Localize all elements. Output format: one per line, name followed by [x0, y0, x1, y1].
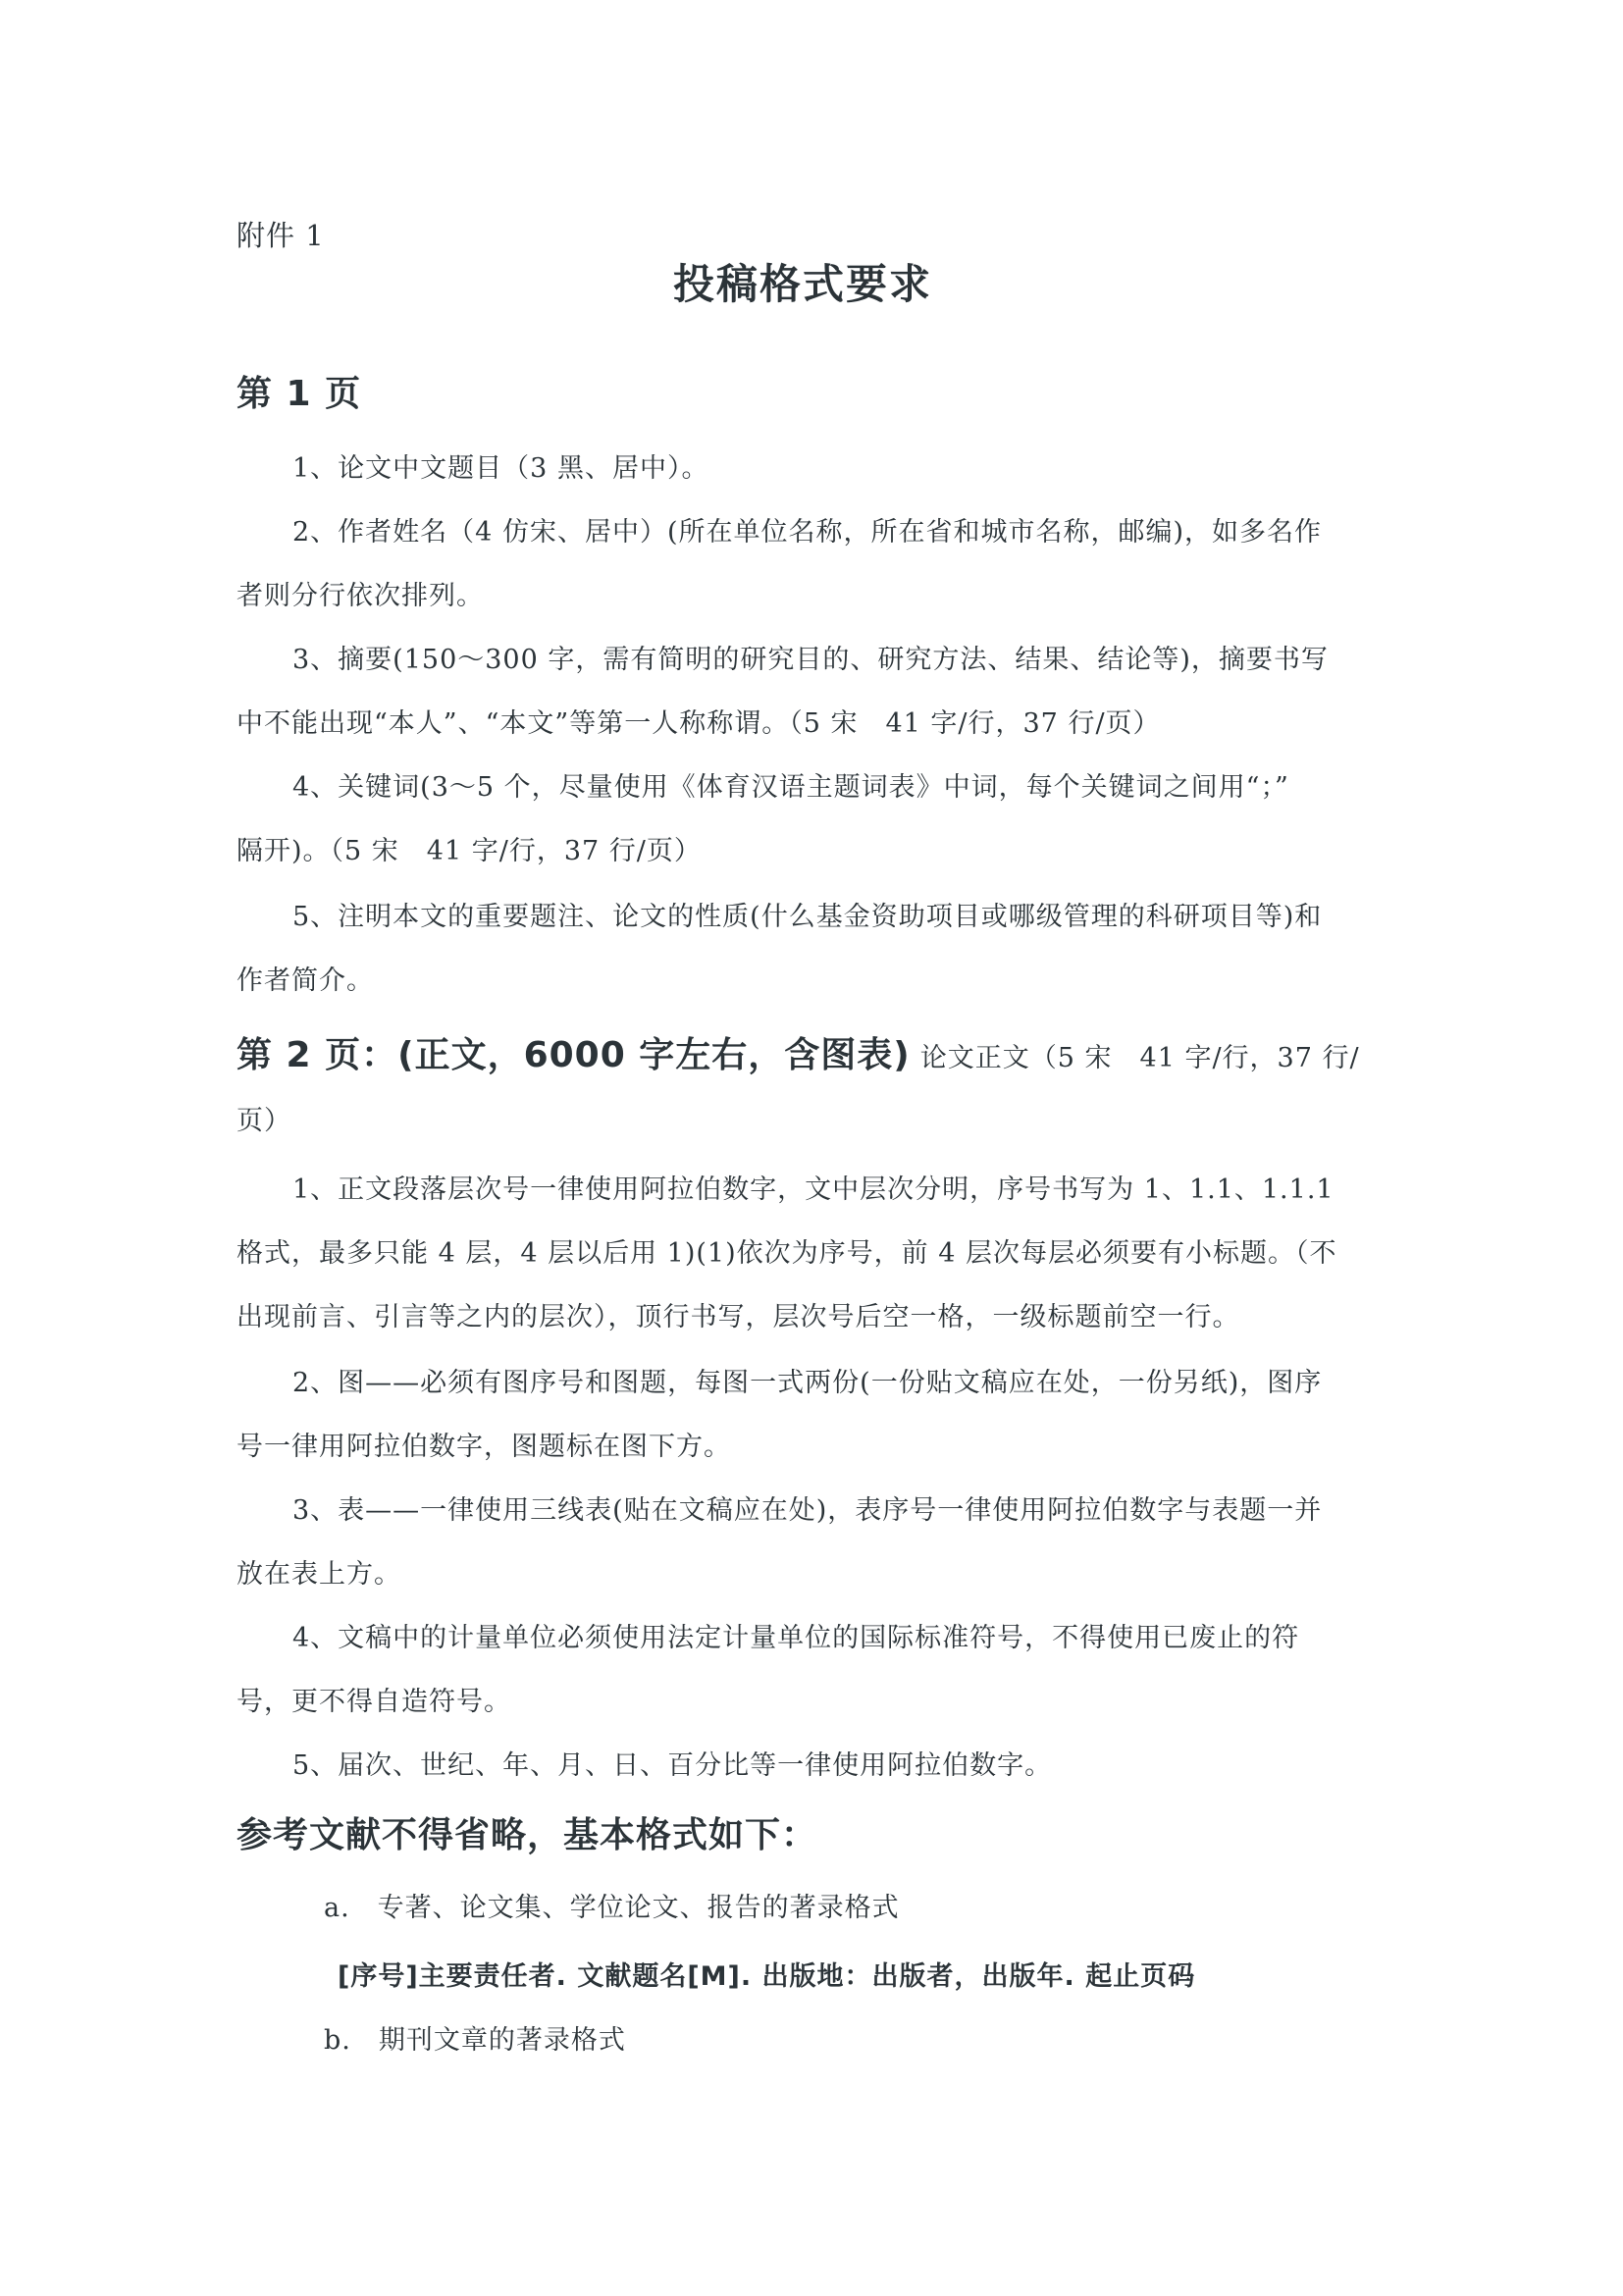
document-title: 投稿格式要求	[673, 257, 932, 312]
references-heading: 参考文献不得省略，基本格式如下：	[236, 1812, 817, 1859]
page2-heading-main: 第 2 页：(正文，6000 字左右，含图表)	[236, 1035, 911, 1075]
annex-label: 附件 1	[236, 218, 325, 253]
page2-item-1-line-2: 格式，最多只能 4 层，4 层以后用 1)(1)依次为序号，前 4 层次每层必须…	[236, 1236, 1337, 1272]
page2-item-2-line-1: 2、图——必须有图序号和图题，每图一式两份(一份贴文稿应在处，一份另纸)，图序	[292, 1366, 1322, 1401]
page2-item-2-line-2: 号一律用阿拉伯数字，图题标在图下方。	[236, 1430, 731, 1465]
page1-item-4-line-1: 4、关键词(3～5 个，尽量使用《体育汉语主题词表》中词，每个关键词之间用“；”	[292, 770, 1289, 806]
page1-item-3-line-2: 中不能出现“本人”、“本文”等第一人称称谓。（5 宋 41 字/行，37 行/页…	[236, 706, 1161, 742]
reference-type-a: a. 专著、论文集、学位论文、报告的著录格式	[324, 1891, 900, 1926]
page2-heading-sub: 论文正文（5 宋 41 字/行，37 行/	[920, 1043, 1360, 1073]
reference-format-a: [序号]主要责任者. 文献题名[M]. 出版地：出版者，出版年. 起止页码	[338, 1959, 1195, 1995]
page2-item-4-line-1: 4、文稿中的计量单位必须使用法定计量单位的国际标准符号，不得使用已废止的符	[292, 1621, 1299, 1656]
section-heading-page1: 第 1 页	[236, 371, 361, 418]
page2-item-5-line-1: 5、届次、世纪、年、月、日、百分比等一律使用阿拉伯数字。	[292, 1748, 1052, 1784]
page2-item-1-line-3: 出现前言、引言等之内的层次），顶行书写，层次号后空一格，一级标题前空一行。	[236, 1300, 1240, 1335]
page2-item-4-line-2: 号，更不得自造符号。	[236, 1685, 511, 1720]
reference-type-b: b. 期刊文章的著录格式	[324, 2023, 626, 2059]
page2-item-3-line-1: 3、表——一律使用三线表(贴在文稿应在处)，表序号一律使用阿拉伯数字与表题一并	[292, 1493, 1322, 1529]
page2-item-3-line-2: 放在表上方。	[236, 1557, 401, 1592]
page1-item-5-line-1: 5、注明本文的重要题注、论文的性质(什么基金资助项目或哪级管理的科研项目等)和	[292, 900, 1322, 935]
page1-item-2-line-1: 2、作者姓名（4 仿宋、居中）(所在单位名称，所在省和城市名称，邮编)，如多名作	[292, 515, 1322, 550]
page1-item-1-line-1: 1、论文中文题目（3 黑、居中）。	[292, 451, 708, 487]
page1-item-2-line-2: 者则分行依次排列。	[236, 579, 484, 614]
page2-item-1-line-1: 1、正文段落层次号一律使用阿拉伯数字，文中层次分明，序号书写为 1、1.1、1.…	[292, 1173, 1335, 1208]
page1-item-3-line-1: 3、摘要(150～300 字，需有简明的研究目的、研究方法、结果、结论等)，摘要…	[292, 643, 1329, 678]
page1-item-4-line-2: 隔开)。（5 宋 41 字/行，37 行/页）	[236, 834, 702, 869]
page2-heading-sub-cont: 页）	[236, 1104, 291, 1139]
section-heading-page2: 第 2 页：(正文，6000 字左右，含图表)论文正文（5 宋 41 字/行，3…	[236, 1032, 1360, 1082]
page1-item-5-line-2: 作者简介。	[236, 964, 374, 999]
